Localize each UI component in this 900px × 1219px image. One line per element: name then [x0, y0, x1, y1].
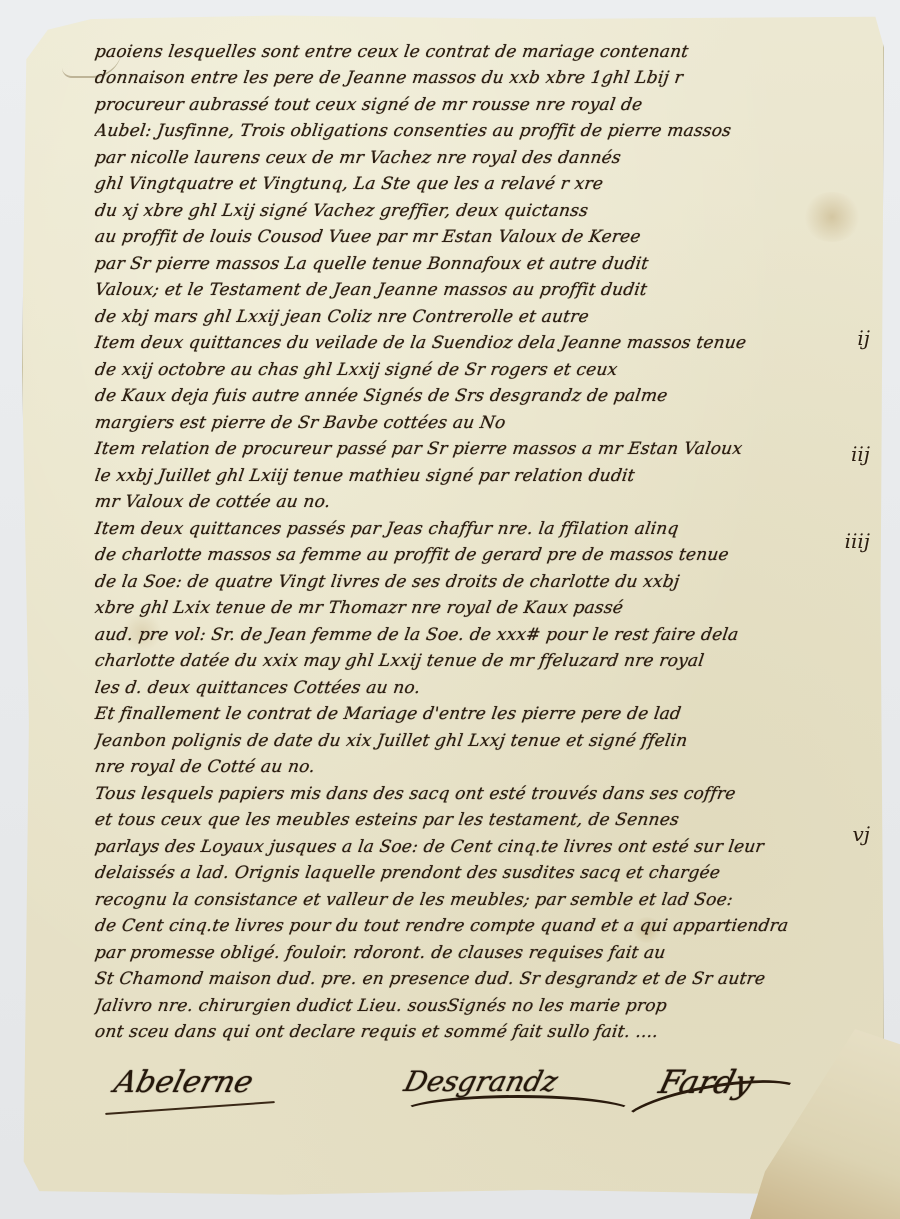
manuscript-line: par Sr pierre massos La quelle tenue Bon… — [93, 252, 879, 276]
manuscript-line: de la Soe: de quatre Vingt livres de ses… — [93, 570, 879, 594]
manuscript-line: par promesse obligé. fouloir. rdoront. d… — [93, 941, 879, 965]
manuscript-line: parlays des Loyaux jusques a la Soe: de … — [93, 835, 879, 859]
manuscript-line: au proffit de louis Cousod Vuee par mr E… — [93, 225, 879, 249]
manuscript-line: de xbj mars ghl Lxxij jean Coliz nre Con… — [93, 305, 879, 329]
margin-tally-mark: vj — [853, 822, 871, 846]
manuscript-line: ghl Vingtquatre et Vingtunq, La Ste que … — [93, 172, 879, 196]
manuscript-line: Et finallement le contrat de Mariage d'e… — [93, 702, 879, 726]
manuscript-line: Jeanbon polignis de date du xix Juillet … — [93, 729, 879, 753]
signature-flourish — [400, 1095, 636, 1131]
manuscript-line: Item deux quittances passés par Jeas cha… — [93, 517, 879, 541]
manuscript-line: Item deux quittances du veilade de la Su… — [93, 331, 879, 355]
margin-tally-mark: iij — [851, 442, 870, 466]
manuscript-line: donnaison entre les pere de Jeanne masso… — [93, 66, 879, 90]
manuscript-line: de charlotte massos sa femme au proffit … — [93, 543, 879, 567]
manuscript-line: mr Valoux de cottée au no. — [93, 490, 879, 514]
manuscript-line: de xxij octobre au chas ghl Lxxij signé … — [93, 358, 879, 382]
manuscript-line: le xxbj Juillet ghl Lxiij tenue mathieu … — [93, 464, 879, 488]
manuscript-line: recognu la consistance et valleur de les… — [93, 888, 879, 912]
manuscript-line: du xj xbre ghl Lxij signé Vachez greffie… — [93, 199, 879, 223]
manuscript-line: Aubel: Jusfinne, Trois obligations conse… — [93, 119, 879, 143]
manuscript-line: Item relation de procureur passé par Sr … — [93, 437, 879, 461]
manuscript-line: ont sceu dans qui ont declare requis et … — [93, 1020, 879, 1044]
manuscript-line: aud. pre vol: Sr. de Jean femme de la So… — [93, 623, 879, 647]
manuscript-line: paoiens lesquelles sont entre ceux le co… — [93, 40, 879, 64]
manuscript-line: Jalivro nre. chirurgien dudict Lieu. sou… — [93, 994, 879, 1018]
manuscript-line: delaissés a lad. Orignis laquelle prendo… — [93, 861, 879, 885]
manuscript-line: xbre ghl Lxix tenue de mr Thomazr nre ro… — [93, 596, 879, 620]
manuscript-line: St Chamond maison dud. pre. en presence … — [93, 967, 879, 991]
margin-tally-mark: iiij — [845, 529, 870, 553]
manuscript-line: par nicolle laurens ceux de mr Vachez nr… — [93, 146, 879, 170]
manuscript-line: margiers est pierre de Sr Bavbe cottées … — [93, 411, 879, 435]
manuscript-line: de Cent cinq.te livres pour du tout rend… — [93, 914, 879, 938]
manuscript-line: Valoux; et le Testament de Jean Jeanne m… — [93, 278, 879, 302]
manuscript-line: charlotte datée du xxix may ghl Lxxij te… — [93, 649, 879, 673]
signature-abelerne: Abelerne — [111, 1065, 257, 1100]
manuscript-line: de Kaux deja fuis autre année Signés de … — [93, 384, 879, 408]
manuscript-line: les d. deux quittances Cottées au no. — [93, 676, 879, 700]
margin-tally-mark: ij — [857, 326, 870, 350]
manuscript-line: procureur aubrassé tout ceux signé de mr… — [93, 93, 879, 117]
manuscript-line: Tous lesquels papiers mis dans des sacq … — [93, 782, 879, 806]
manuscript-line: nre royal de Cotté au no. — [93, 755, 879, 779]
signature-desgrandz: Desgrandz — [401, 1065, 561, 1098]
manuscript-line: et tous ceux que les meubles esteins par… — [93, 808, 879, 832]
